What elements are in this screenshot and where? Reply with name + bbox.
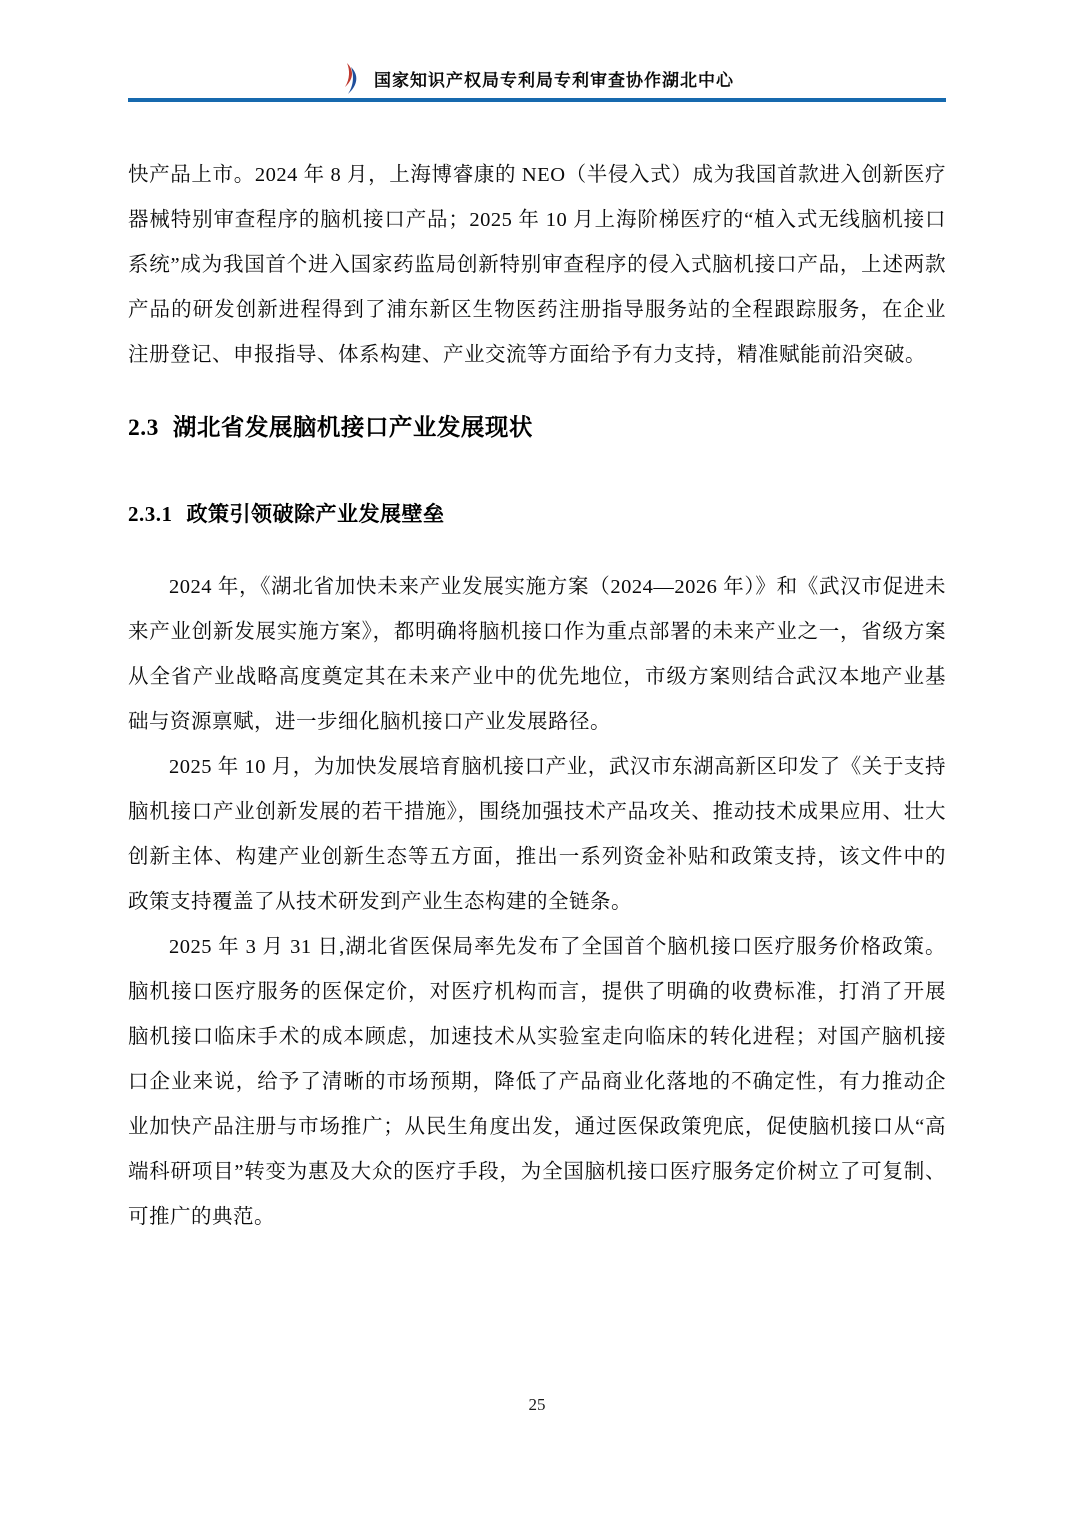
document-page: 国家知识产权局专利局专利审查协作湖北中心 快产品上市。2024 年 8 月，上海… xyxy=(0,0,1074,1520)
section-heading-2-3: 2.3湖北省发展脑机接口产业发展现状 xyxy=(128,410,946,445)
paragraph: 快产品上市。2024 年 8 月，上海博睿康的 NEO（半侵入式）成为我国首款进… xyxy=(128,153,946,378)
cnipa-logo-icon xyxy=(340,62,362,96)
page-number: 25 xyxy=(529,1395,546,1414)
page-footer: 25 xyxy=(0,1395,1074,1415)
header-org-name: 国家知识产权局专利局专利审查协作湖北中心 xyxy=(374,66,734,91)
page-header: 国家知识产权局专利局专利审查协作湖北中心 xyxy=(128,58,946,102)
paragraph: 2025 年 3 月 31 日,湖北省医保局率先发布了全国首个脑机接口医疗服务价… xyxy=(128,925,946,1240)
section-heading-2-3-1: 2.3.1政策引领破除产业发展壁垒 xyxy=(128,497,946,532)
section-number: 2.3.1 xyxy=(128,502,173,526)
paragraph: 2025 年 10 月，为加快发展培育脑机接口产业，武汉市东湖高新区印发了《关于… xyxy=(128,745,946,925)
section-title: 湖北省发展脑机接口产业发展现状 xyxy=(173,414,533,440)
document-body: 快产品上市。2024 年 8 月，上海博睿康的 NEO（半侵入式）成为我国首款进… xyxy=(128,153,946,1240)
section-title: 政策引领破除产业发展壁垒 xyxy=(187,503,445,526)
section-number: 2.3 xyxy=(128,415,159,441)
paragraph: 2024 年，《湖北省加快未来产业发展实施方案（2024—2026 年）》和《武… xyxy=(128,565,946,745)
